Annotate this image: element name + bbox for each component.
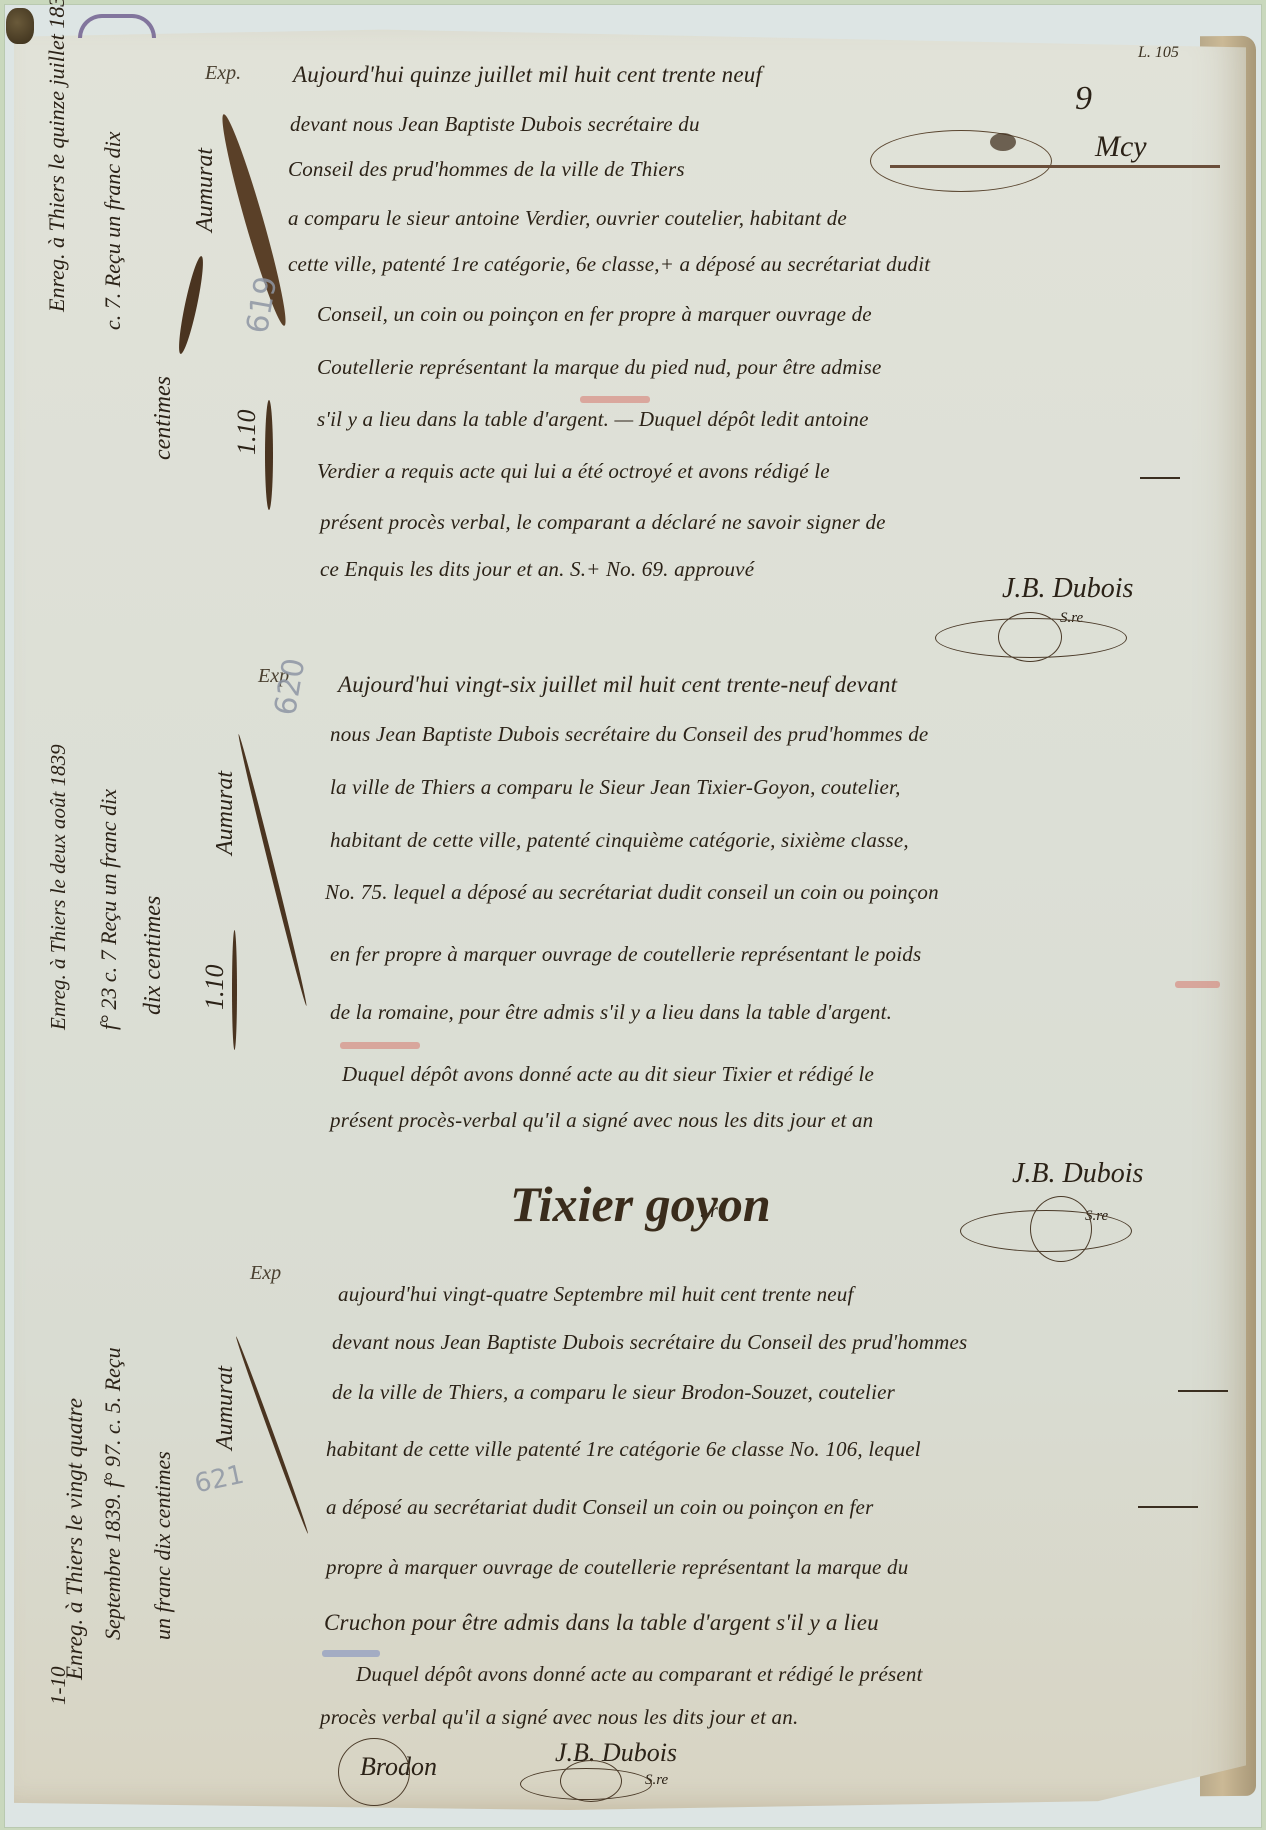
entry-line: a comparu le sieur antoine Verdier, ouvr… — [288, 206, 847, 231]
margin-receiver-signature: Aumurat — [212, 771, 239, 855]
entry-line: Duquel dépôt avons donné acte au compara… — [356, 1662, 923, 1687]
fee-amount: 1.10 — [200, 965, 230, 1011]
entry-line: de la romaine, pour être admis s'il y a … — [330, 1000, 892, 1025]
margin-registration-line: Septembre 1839. f° 97. c. 5. Reçu — [100, 1347, 126, 1640]
secretary-signature: J.B. Dubois — [1002, 573, 1133, 605]
margin-registration-line: dix centimes — [140, 896, 167, 1015]
entry-line: devant nous Jean Baptiste Dubois secréta… — [290, 112, 700, 137]
entry-line: présent procès verbal, le comparant a dé… — [320, 510, 886, 535]
signature-flourish — [1030, 1196, 1092, 1262]
fee-amount: 1.10 — [232, 410, 262, 456]
margin-receiver-signature: Aumurat — [212, 1366, 239, 1450]
entry-line: en fer propre à marquer ouvrage de coute… — [330, 942, 921, 967]
red-underline — [1175, 981, 1220, 988]
mark-signature: Mcy — [1095, 130, 1147, 164]
signature-flourish — [338, 1738, 410, 1806]
mark-number: 9 — [1075, 80, 1092, 118]
entry-line: habitant de cette ville, patenté cinquiè… — [330, 828, 909, 853]
entry-line: la ville de Thiers a comparu le Sieur Je… — [330, 775, 901, 800]
signature-flourish — [998, 612, 1062, 662]
entry-line: cette ville, patenté 1re catégorie, 6e c… — [288, 252, 930, 277]
entry-line: aujourd'hui vingt-quatre Septembre mil h… — [338, 1282, 854, 1307]
margin-registration-line: Enreg. à Thiers le vingt quatre — [62, 1398, 88, 1680]
entry-line: Duquel dépôt avons donné acte au dit sie… — [342, 1062, 874, 1087]
exp-label: Exp. — [205, 62, 241, 85]
signature-underline — [890, 165, 1220, 168]
margin-registration-line: f° 23 c. 7 Reçu un franc dix — [96, 789, 122, 1030]
margin-registration-line: Enreg. à Thiers le deux août 1839 — [46, 744, 71, 1030]
entry-line: de la ville de Thiers, a comparu le sieu… — [332, 1380, 895, 1405]
entry-line: Aujourd'hui quinze juillet mil huit cent… — [293, 62, 762, 88]
binding-knot — [6, 8, 34, 44]
party-signature: Tixier goyon — [510, 1175, 771, 1233]
red-underline — [340, 1042, 420, 1049]
fee-underline-stroke — [265, 400, 273, 510]
entry-line: présent procès-verbal qu'il a signé avec… — [330, 1108, 873, 1133]
entry-line: nous Jean Baptiste Dubois secrétaire du … — [330, 722, 928, 747]
margin-registration-line: un franc dix centimes — [150, 1451, 176, 1640]
entry-line: propre à marquer ouvrage de coutellerie … — [326, 1555, 908, 1580]
entry-line: Verdier a requis acte qui lui a été octr… — [317, 459, 830, 484]
entry-line: ce Enquis les dits jour et an. S.+ No. 6… — [320, 557, 754, 582]
margin-registration-line: centimes — [150, 376, 177, 460]
red-underline — [580, 396, 650, 403]
entry-line: s'il y a lieu dans la table d'argent. — … — [317, 407, 869, 432]
entry-line: Coutellerie représentant la marque du pi… — [317, 355, 882, 380]
margin-registration-line: c. 7. Reçu un franc dix — [100, 131, 126, 330]
entry-line: Cruchon pour être admis dans la table d'… — [324, 1610, 879, 1636]
entry-line: habitant de cette ville patenté 1re caté… — [326, 1437, 921, 1462]
line-filler-dash — [1138, 1506, 1198, 1508]
entry-line: procès verbal qu'il a signé avec nous le… — [320, 1705, 798, 1730]
signature-flourish — [560, 1760, 622, 1802]
signature-flourish — [870, 130, 1052, 192]
margin-registration-line: Enreg. à Thiers le quinze juillet 1839 f… — [44, 0, 70, 312]
entry-line: Aujourd'hui vingt-six juillet mil huit c… — [338, 672, 897, 698]
ink-blot — [990, 133, 1016, 151]
blue-underline — [322, 1650, 380, 1657]
entry-line: No. 75. lequel a déposé au secrétariat d… — [325, 880, 939, 905]
entry-line: Conseil des prud'hommes de la ville de T… — [288, 157, 685, 182]
entry-line: devant nous Jean Baptiste Dubois secréta… — [332, 1330, 967, 1355]
page-reference: L. 105 — [1138, 44, 1179, 62]
line-filler-dash — [1178, 1390, 1228, 1392]
line-filler-dash — [1140, 477, 1180, 479]
entry-line: Conseil, un coin ou poinçon en fer propr… — [317, 302, 872, 327]
secretary-signature: J.B. Dubois — [1012, 1158, 1143, 1190]
margin-receiver-signature: Aumurat — [192, 148, 219, 232]
signature-mark: . r — [700, 1200, 718, 1223]
fee-underline-stroke — [232, 930, 237, 1050]
exp-label: Exp — [250, 1262, 281, 1285]
binding-thread — [78, 14, 156, 38]
entry-line: a déposé au secrétariat dudit Conseil un… — [326, 1495, 873, 1520]
